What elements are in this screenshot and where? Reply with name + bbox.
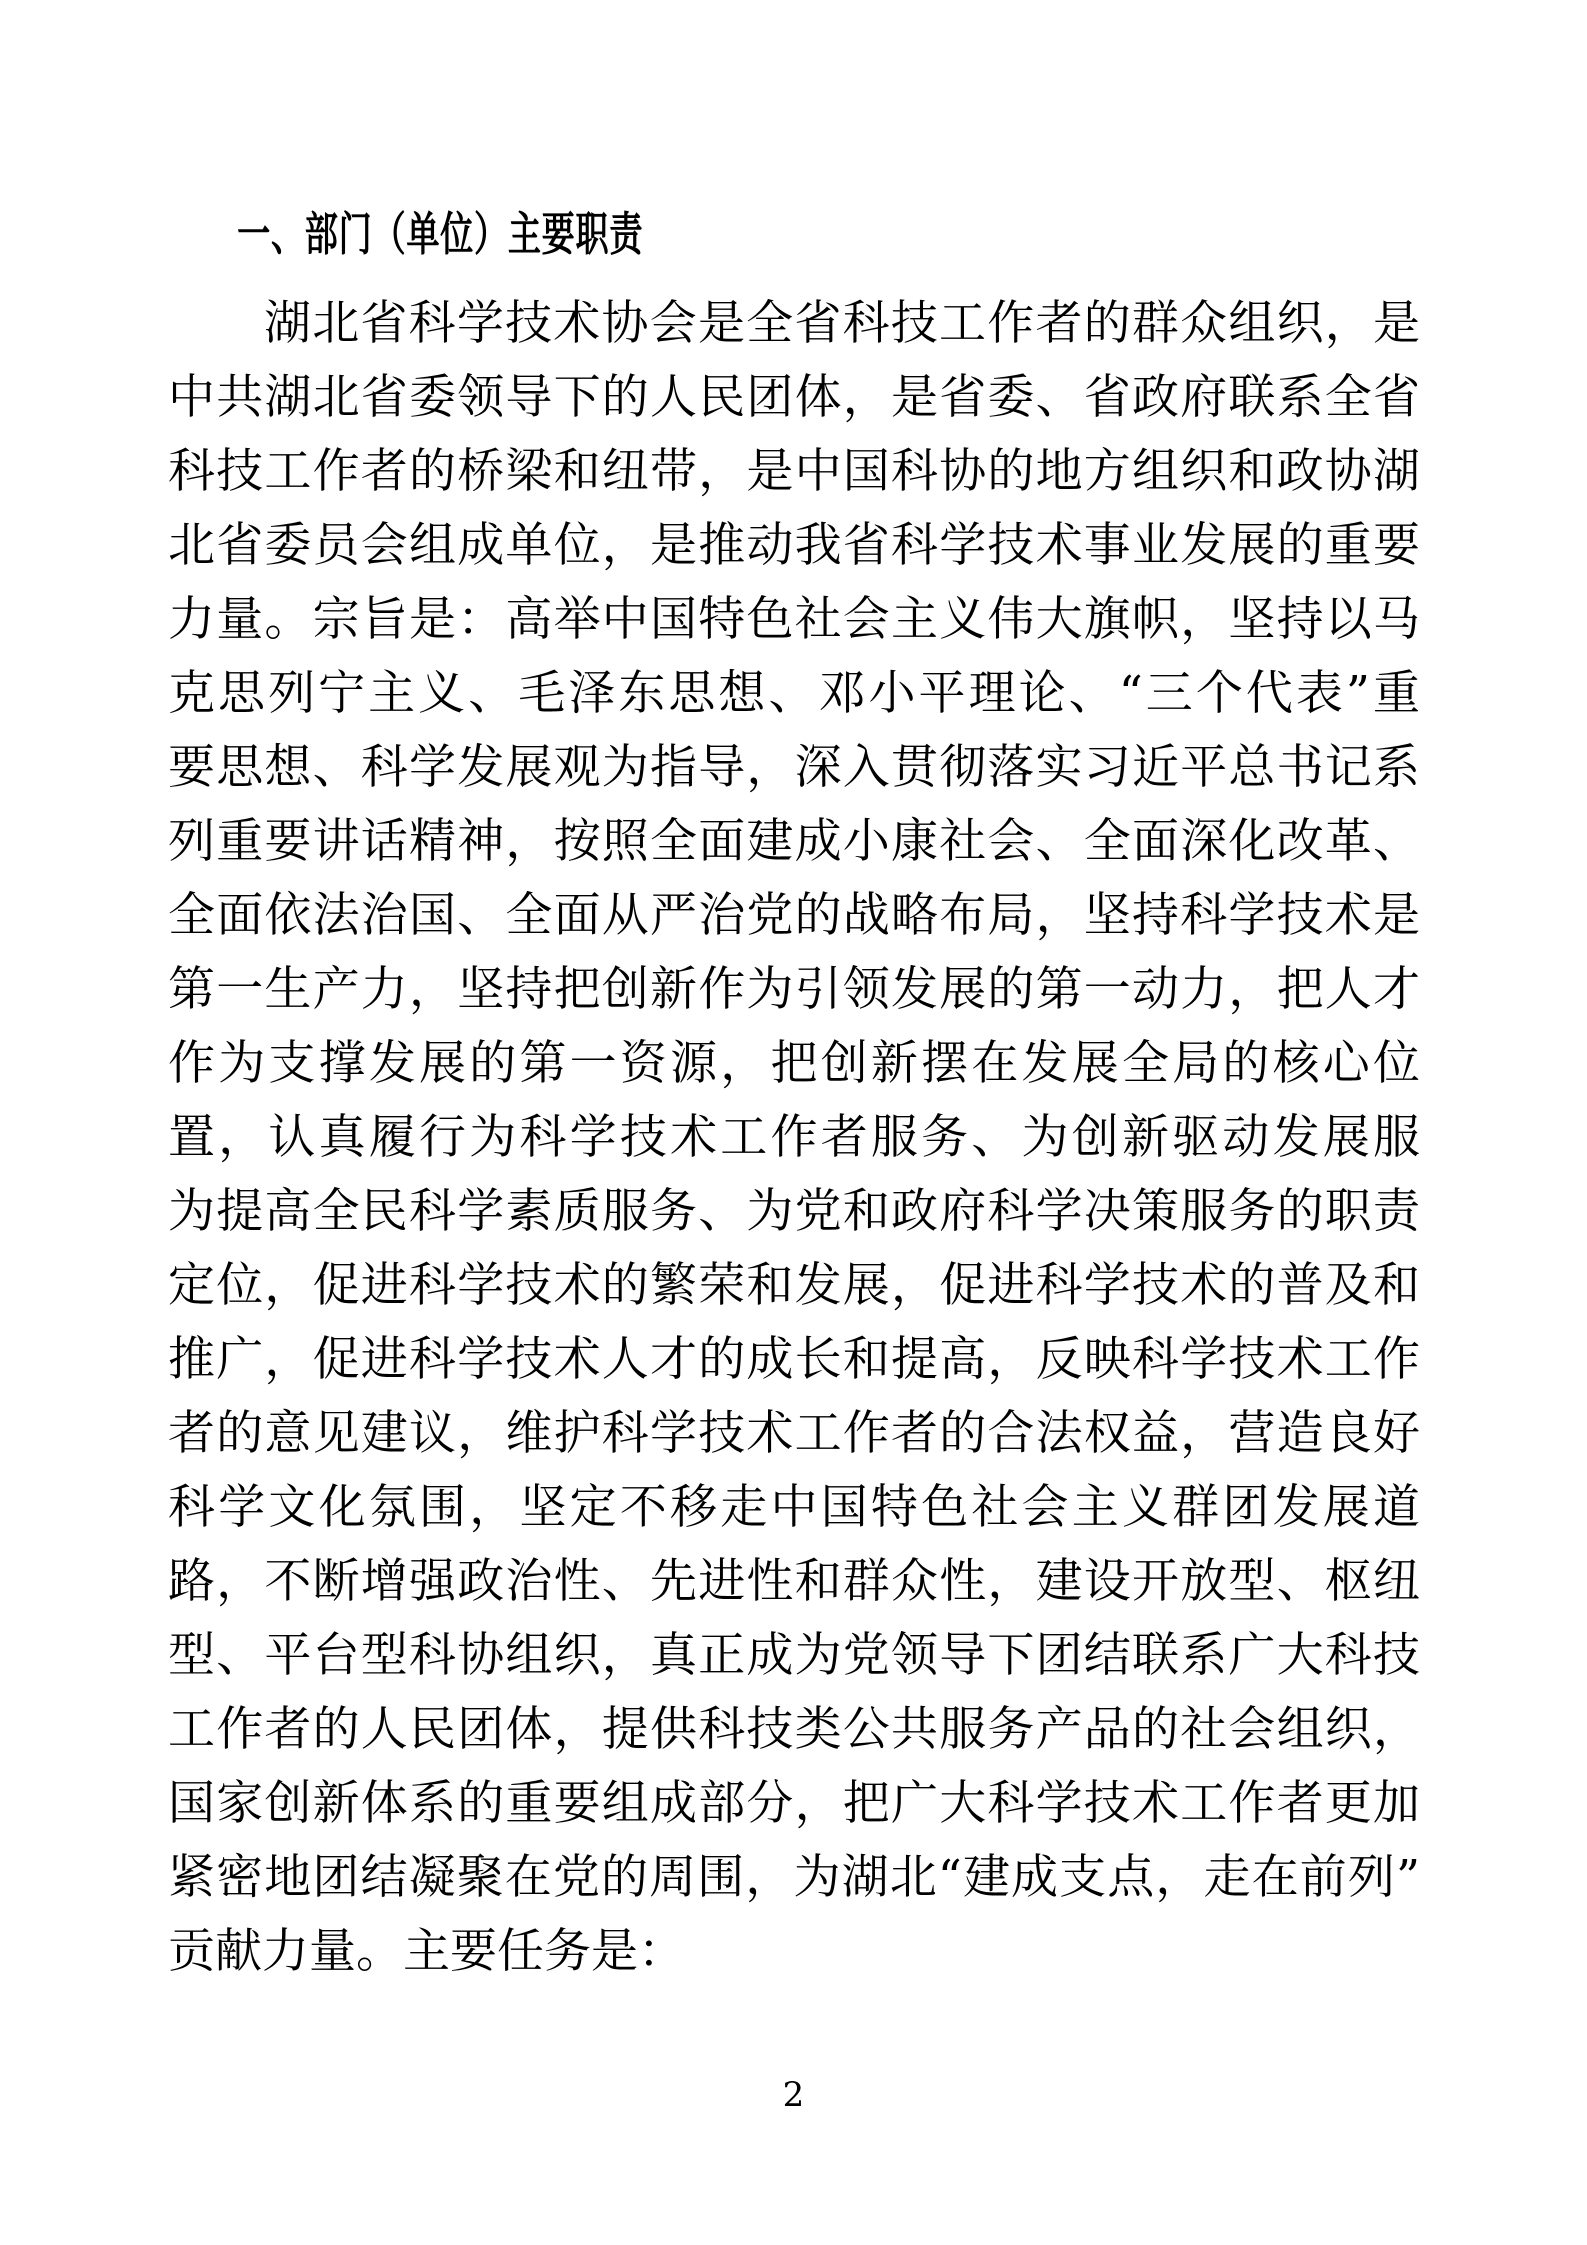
paragraph-line: 第一生产力，坚持把创新作为引领发展的第一动力，把人才 (168, 953, 1420, 1027)
paragraph-line: 贡献力量。主要任务是： (168, 1915, 1420, 1989)
paragraph-line: 工作者的人民团体，提供科技类公共服务产品的社会组织， (168, 1693, 1420, 1767)
paragraph-line: 推广，促进科学技术人才的成长和提高，反映科学技术工作 (168, 1323, 1420, 1397)
paragraph-line: 型、平台型科协组织，真正成为党领导下团结联系广大科技 (168, 1619, 1420, 1693)
paragraph-line: 力量。宗旨是：高举中国特色社会主义伟大旗帜，坚持以马 (168, 583, 1420, 657)
paragraph-line: 湖北省科学技术协会是全省科技工作者的群众组织，是 (168, 287, 1420, 361)
paragraph-line: 北省委员会组成单位，是推动我省科学技术事业发展的重要 (168, 509, 1420, 583)
paragraph-line: 科技工作者的桥梁和纽带，是中国科协的地方组织和政协湖 (168, 435, 1420, 509)
paragraph-line: 全面依法治国、全面从严治党的战略布局，坚持科学技术是 (168, 879, 1420, 953)
paragraph-line: 为提高全民科学素质服务、为党和政府科学决策服务的职责 (168, 1175, 1420, 1249)
paragraph-line: 国家创新体系的重要组成部分，把广大科学技术工作者更加 (168, 1767, 1420, 1841)
paragraph: 湖北省科学技术协会是全省科技工作者的群众组织，是中共湖北省委领导下的人民团体，是… (168, 287, 1420, 1989)
paragraph-line: 定位，促进科学技术的繁荣和发展，促进科学技术的普及和 (168, 1249, 1420, 1323)
section-heading: 一、部门（单位）主要职责 (168, 205, 1069, 263)
paragraph-line: 列重要讲话精神，按照全面建成小康社会、全面深化改革、 (168, 805, 1420, 879)
paragraph-line: 科学文化氛围，坚定不移走中国特色社会主义群团发展道 (168, 1471, 1420, 1545)
paragraph-line: 置，认真履行为科学技术工作者服务、为创新驱动发展服务、 (168, 1101, 1420, 1175)
paragraph-line: 作为支撑发展的第一资源，把创新摆在发展全局的核心位 (168, 1027, 1420, 1101)
paragraph-line: 要思想、科学发展观为指导，深入贯彻落实习近平总书记系 (168, 731, 1420, 805)
paragraph-line: 克思列宁主义、毛泽东思想、邓小平理论、“三个代表”重 (168, 657, 1420, 731)
document-page: 一、部门（单位）主要职责 湖北省科学技术协会是全省科技工作者的群众组织，是中共湖… (0, 0, 1587, 2245)
paragraph-line: 者的意见建议，维护科学技术工作者的合法权益，营造良好 (168, 1397, 1420, 1471)
paragraph-line: 紧密地团结凝聚在党的周围，为湖北“建成支点，走在前列” (168, 1841, 1420, 1915)
page-number: 2 (0, 2075, 1587, 2115)
paragraph-line: 中共湖北省委领导下的人民团体，是省委、省政府联系全省 (168, 361, 1420, 435)
paragraph-line: 路，不断增强政治性、先进性和群众性，建设开放型、枢纽 (168, 1545, 1420, 1619)
